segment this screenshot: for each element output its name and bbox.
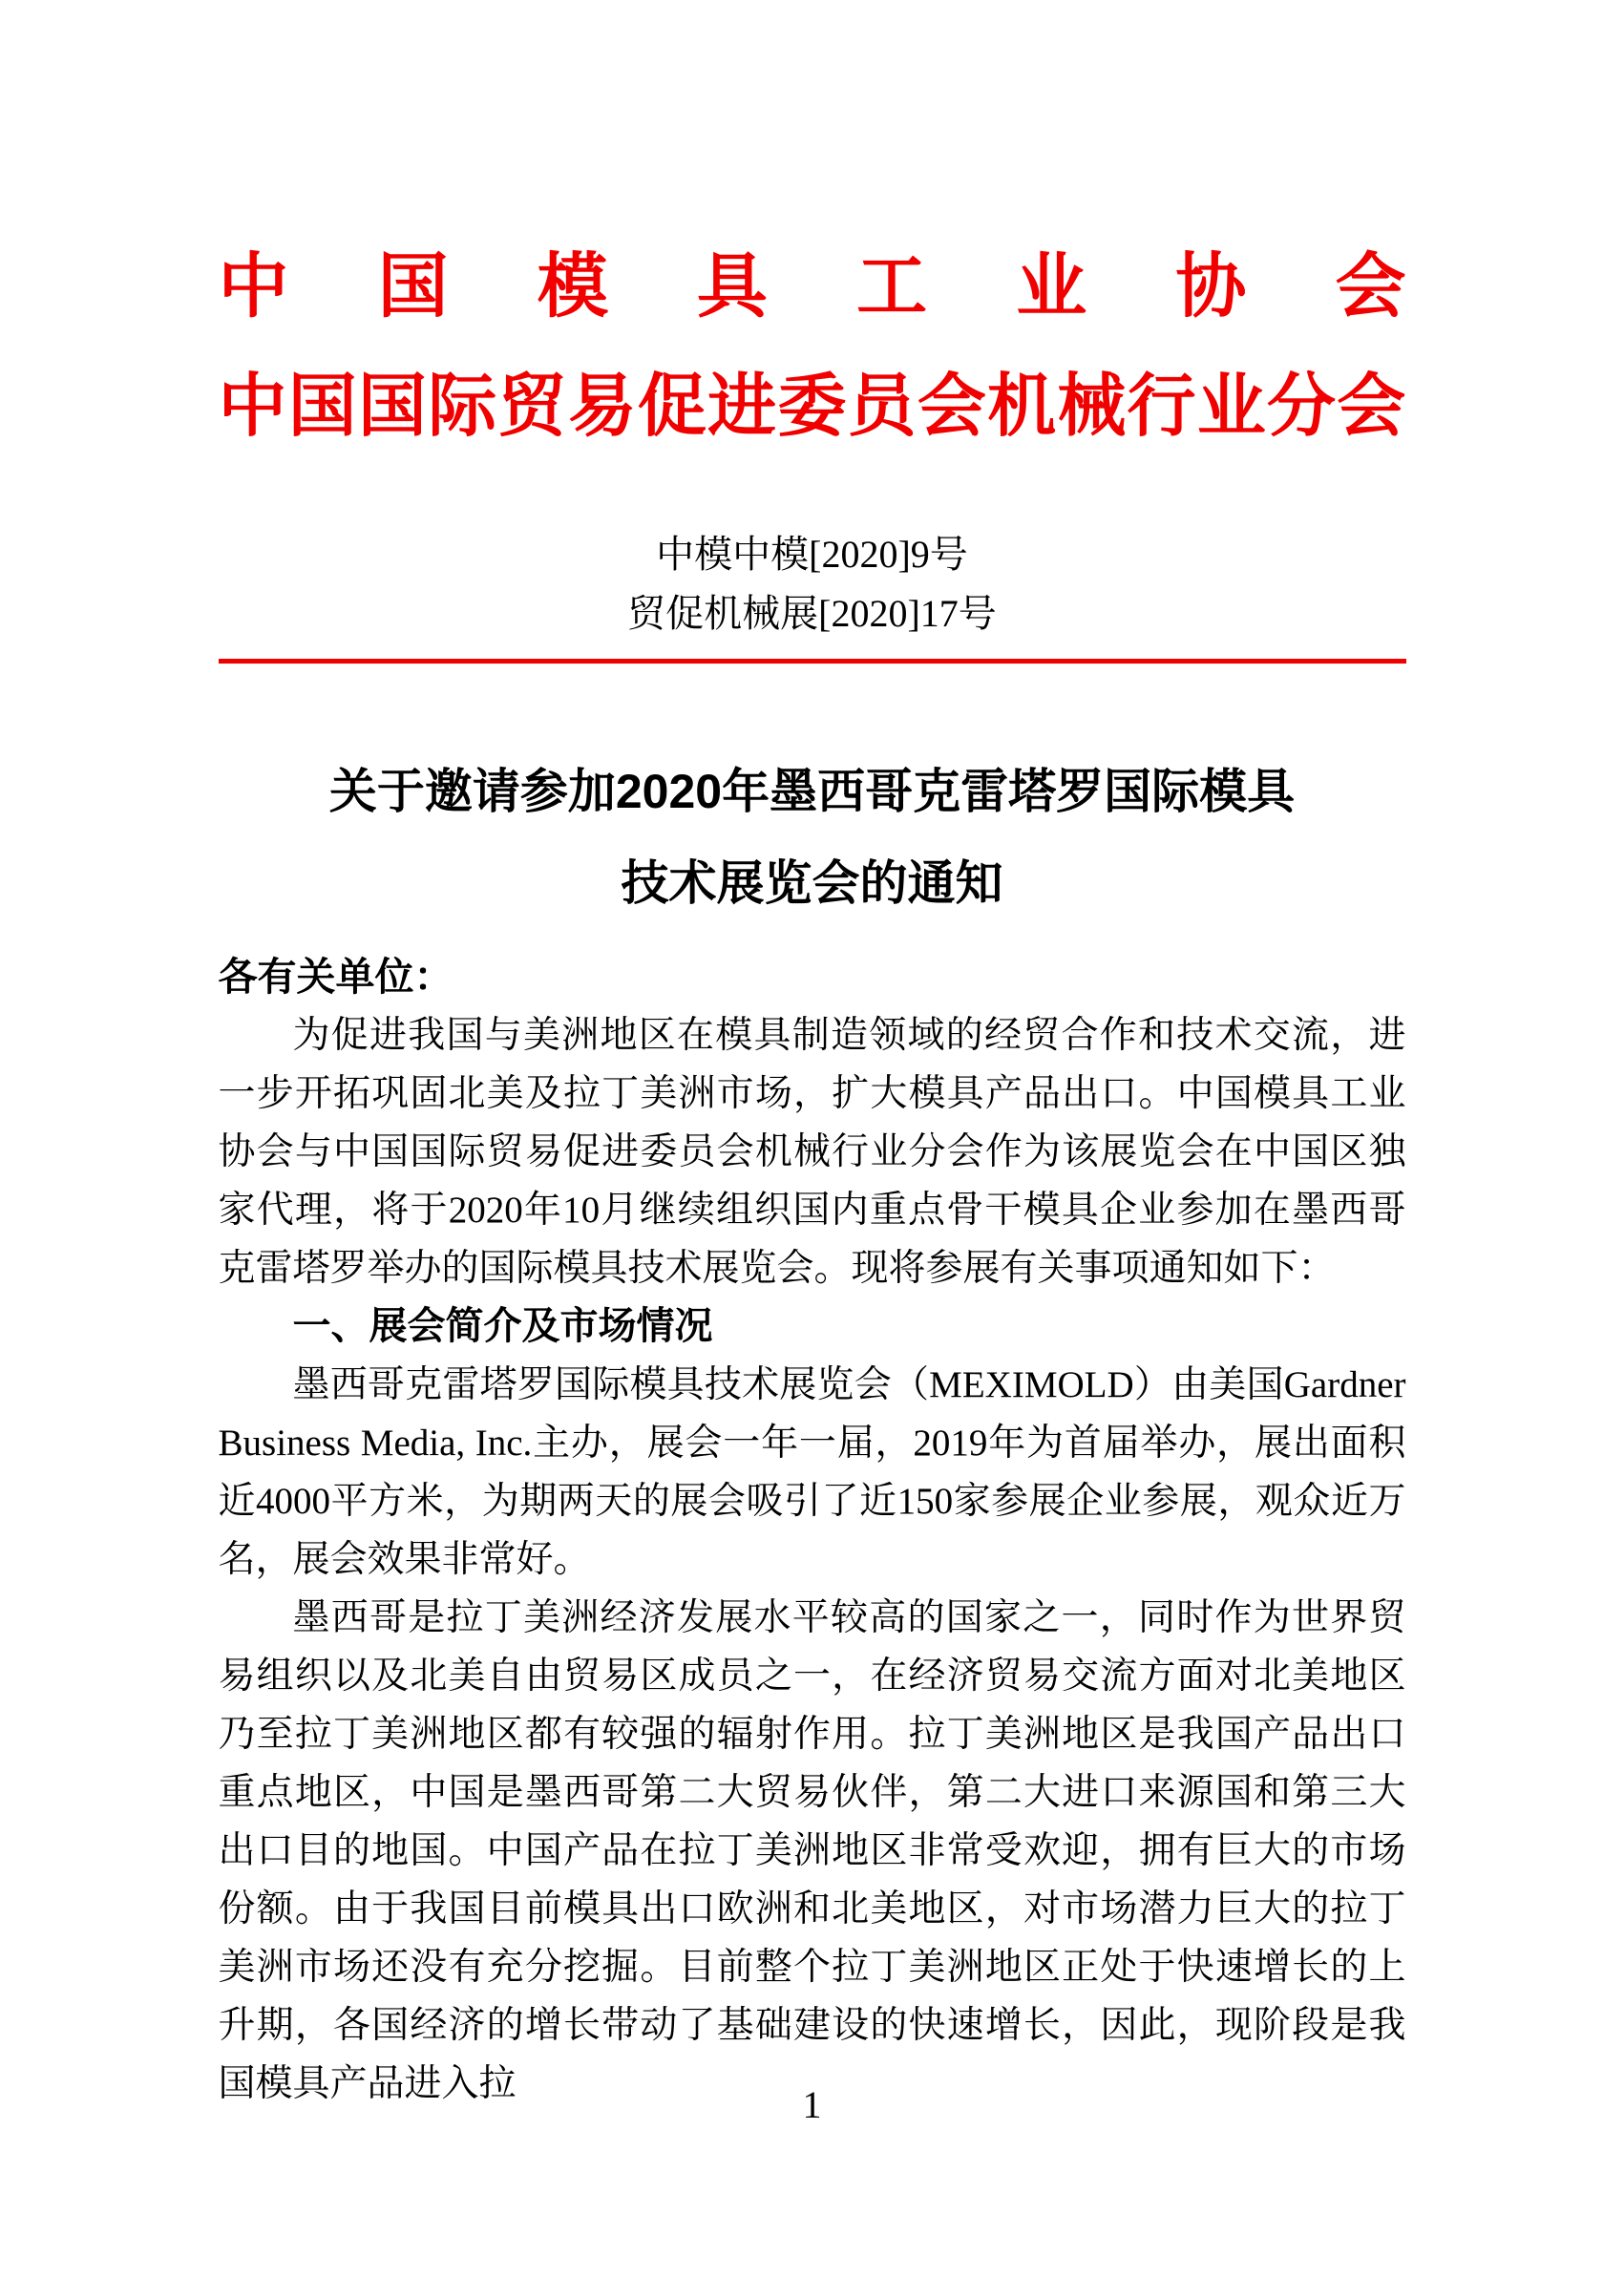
section-1-paragraph-1: 墨西哥克雷塔罗国际模具技术展览会（MEXIMOLD）由美国Gardner Bus… xyxy=(219,1356,1406,1589)
org-name-char: 机 xyxy=(987,372,1056,441)
org-name-char: 分 xyxy=(1267,372,1336,441)
org-name-char: 工 xyxy=(856,246,927,328)
page-number: 1 xyxy=(0,2083,1624,2127)
org-name-line-2: 中国国际贸易促进委员会机械行业分会 xyxy=(219,372,1406,441)
org-name-char: 员 xyxy=(848,372,917,441)
org-name-char: 会 xyxy=(1337,372,1405,441)
section-1-paragraph-2: 墨西哥是拉丁美洲经济发展水平较高的国家之一，同时作为世界贸易组织以及北美自由贸易… xyxy=(219,1589,1406,2113)
red-divider-rule xyxy=(219,659,1406,664)
org-name-char: 具 xyxy=(697,246,768,328)
org-name-char: 委 xyxy=(777,372,846,441)
text-column: 中国模具工业协会 中国国际贸易促进委员会机械行业分会 中模中模[2020]9号 … xyxy=(219,246,1406,2113)
org-name-char: 易 xyxy=(568,372,637,441)
org-name-char: 械 xyxy=(1057,372,1126,441)
org-name-char: 会 xyxy=(917,372,986,441)
org-name-line-1: 中国模具工业协会 xyxy=(219,246,1406,328)
notice-title-line-1: 关于邀请参加2020年墨西哥克雷塔罗国际模具 xyxy=(219,746,1406,837)
org-name-char: 中 xyxy=(219,246,289,328)
document-page: 中国模具工业协会 中国国际贸易促进委员会机械行业分会 中模中模[2020]9号 … xyxy=(0,0,1624,2278)
doc-number-2: 贸促机械展[2020]17号 xyxy=(219,584,1406,643)
org-name-char: 业 xyxy=(1197,372,1266,441)
doc-number-1: 中模中模[2020]9号 xyxy=(219,525,1406,584)
intro-paragraph: 为促进我国与美洲地区在模具制造领域的经贸合作和技术交流，进一步开拓巩固北美及拉丁… xyxy=(219,1006,1406,1297)
notice-title: 关于邀请参加2020年墨西哥克雷塔罗国际模具 技术展览会的通知 xyxy=(219,746,1406,929)
org-name-char: 国 xyxy=(378,246,449,328)
salutation: 各有关单位： xyxy=(219,948,1406,1006)
org-name-char: 际 xyxy=(428,372,496,441)
org-name-char: 模 xyxy=(538,246,608,328)
org-name-char: 会 xyxy=(1335,246,1405,328)
org-name-char: 国 xyxy=(358,372,427,441)
section-1-heading: 一、展会简介及市场情况 xyxy=(219,1297,1406,1356)
org-name-char: 国 xyxy=(288,372,357,441)
notice-title-line-2: 技术展览会的通知 xyxy=(219,837,1406,929)
org-name-char: 促 xyxy=(638,372,707,441)
org-name-char: 业 xyxy=(1016,246,1086,328)
org-name-char: 协 xyxy=(1175,246,1246,328)
org-name-char: 进 xyxy=(707,372,776,441)
org-name-char: 贸 xyxy=(497,372,566,441)
org-name-char: 行 xyxy=(1128,372,1196,441)
org-name-char: 中 xyxy=(219,372,287,441)
